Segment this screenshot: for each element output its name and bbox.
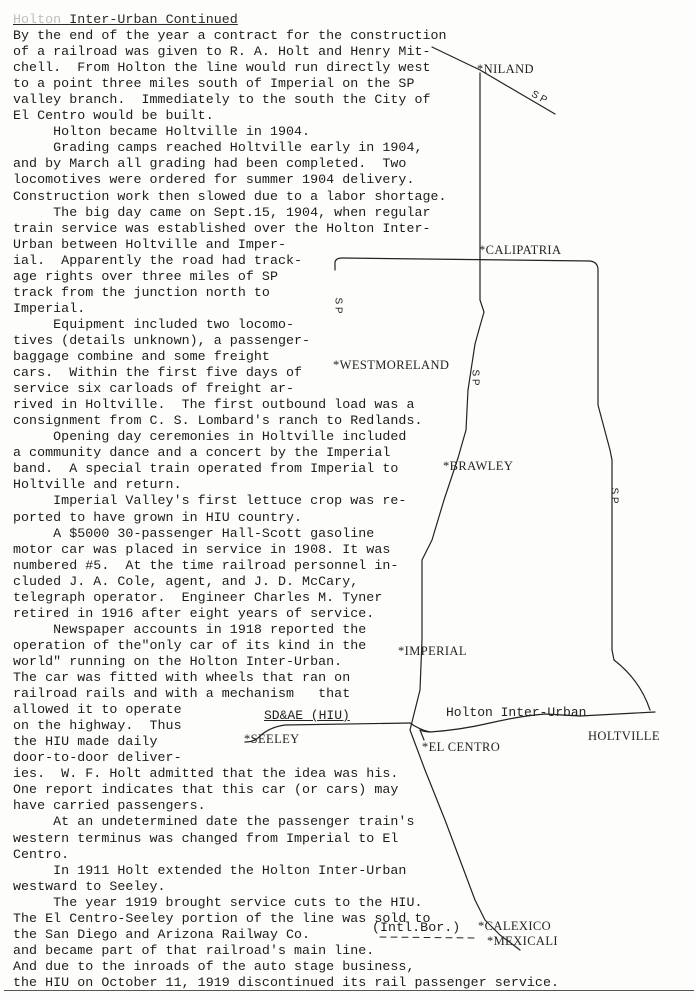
sp-label-west: S P	[333, 297, 344, 313]
line-label-intl-border: (Intl.Bor.)	[372, 920, 460, 936]
town-imperial: *IMPERIAL	[398, 644, 467, 659]
town-calexico: *CALEXICO	[478, 919, 551, 934]
town-westmoreland: *WESTMORELAND	[333, 358, 449, 373]
town-el-centro: *EL CENTRO	[422, 740, 500, 755]
sp-west-branch	[335, 258, 650, 710]
sp-main-line	[410, 73, 520, 950]
line-label-sdae: SD&AE (HIU)	[264, 708, 350, 723]
town-mexicali: *MEXICALI	[487, 934, 558, 949]
bottom-rule	[4, 990, 694, 991]
town-brawley: *BRAWLEY	[443, 459, 513, 474]
document-page: Holton Inter-Urban Continued By the end …	[0, 0, 695, 1000]
town-niland: *NILAND	[477, 62, 534, 77]
railroad-map	[0, 0, 695, 1000]
international-border	[380, 937, 475, 938]
town-calipatria: *CALIPATRIA	[479, 243, 561, 258]
town-seeley: *SEELEY	[244, 732, 300, 747]
line-label-holton-inter-urban: Holton Inter-Urban	[446, 705, 586, 720]
sp-label-east: S P	[609, 487, 620, 503]
sp-label-center: S P	[470, 369, 481, 385]
town-holtville: HOLTVILLE	[588, 729, 660, 744]
el-centro-wye	[420, 730, 430, 740]
sp-line-niland	[432, 47, 555, 114]
